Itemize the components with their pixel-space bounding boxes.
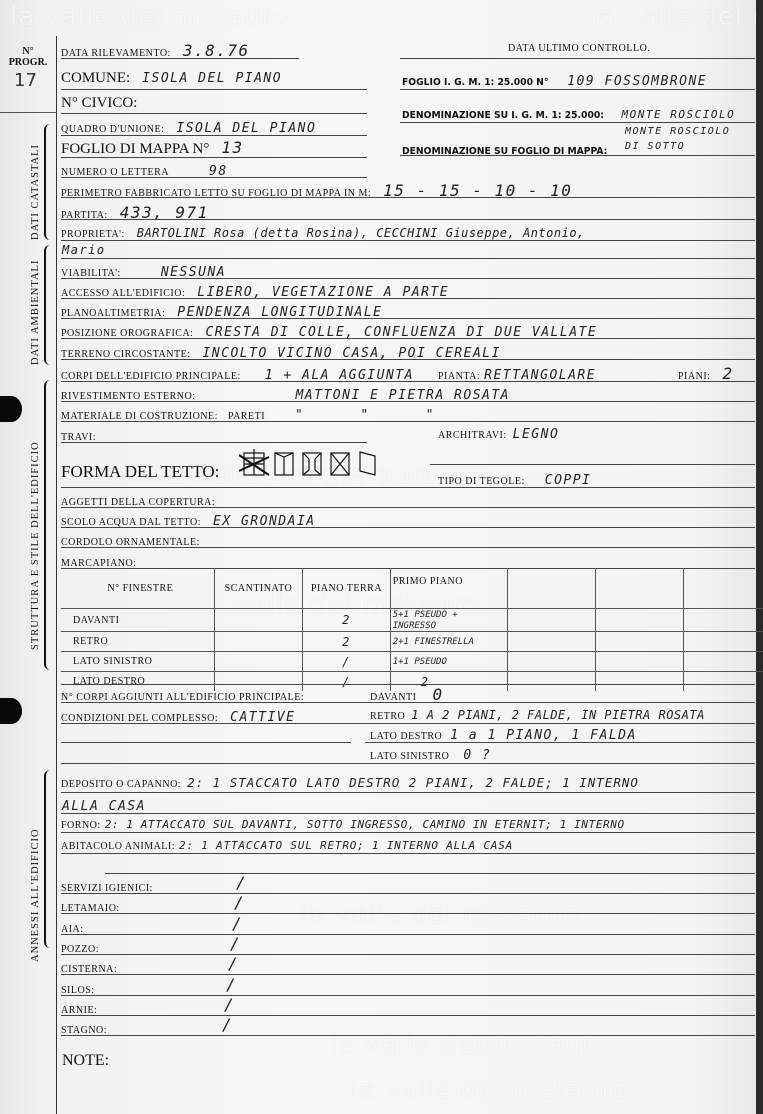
field-value[interactable]: / (234, 893, 245, 912)
roof-shapes-icon (239, 447, 379, 479)
field-value[interactable]: 2: 1 ATTACCATO SUL DAVANTI, SOTTO INGRES… (105, 818, 625, 831)
watermark: la valle del metauro (300, 900, 579, 930)
field-value[interactable]: 1 a 1 PIANO, 1 FALDA (450, 728, 637, 743)
section-label-struttura: STRUTTURA E STILE DELL'EDIFICIO (30, 441, 41, 650)
field-value[interactable]: ALLA CASA (62, 799, 146, 814)
field-value[interactable]: DI SOTTO (625, 141, 685, 152)
field-abitacolo-animali: ABITACOLO ANIMALI:2: 1 ATTACCATO SUL RET… (61, 836, 513, 854)
roof-option[interactable] (331, 453, 349, 475)
field-value[interactable]: / (222, 1015, 233, 1034)
column-header: N° FINESTRE (61, 568, 214, 609)
field-value[interactable]: MONTE ROSCIOLO (622, 108, 736, 121)
note-label: NOTE: (62, 1052, 109, 1070)
field-comune: COMUNE:ISOLA DEL PIANO (61, 69, 282, 87)
field-value[interactable]: 2: 1 ATTACCATO SUL RETRO; 1 INTERNO ALLA… (179, 839, 513, 852)
section-brace (44, 245, 52, 365)
roof-option[interactable] (275, 453, 293, 475)
margin-rule (56, 36, 57, 1114)
survey-form-page: la valle del metauro la valle del metaur… (0, 0, 763, 1114)
field-value[interactable]: / (232, 914, 243, 933)
watermark: la valle del metauro (350, 1075, 629, 1105)
column-header: SCANTINATO (214, 568, 303, 609)
field-value[interactable]: BARTOLINI Rosa (detta Rosina), CECCHINI … (137, 226, 585, 240)
field-value[interactable]: COPPI (545, 473, 592, 488)
roof-shape-options (239, 447, 379, 484)
section-label-annessi: ANNESSI ALL'EDIFICIO (30, 828, 41, 962)
scan-edge (756, 0, 763, 1114)
progressivo-value: 17 (14, 70, 37, 91)
field-value[interactable]: 2: 1 STACCATO LATO DESTRO 2 PIANI, 2 FAL… (187, 775, 639, 790)
field-architravi: ARCHITRAVI:LEGNO (438, 425, 559, 443)
field-value[interactable]: ISOLA DEL PIANO (176, 121, 316, 136)
column-header: PRIMO PIANO (390, 568, 507, 609)
section-label-catastali: DATI CATASTALI (30, 144, 41, 240)
roof-option[interactable] (360, 452, 375, 475)
field-denominazione-igm: DENOMINAZIONE SU I. G. M. 1: 25.000:MONT… (402, 105, 735, 123)
field-civico: N° CIVICO: (61, 94, 137, 112)
section-brace (44, 124, 52, 240)
roof-option[interactable] (303, 453, 321, 475)
table-row: RETRO 2 2+1 FINESTRELLA (61, 632, 763, 652)
field-value[interactable]: / (236, 873, 247, 892)
field-value[interactable]: LEGNO (513, 427, 560, 442)
field-foglio-mappa: FOGLIO DI MAPPA N°13 (61, 138, 244, 156)
field-value[interactable]: / (230, 934, 241, 953)
table-header-row: N° FINESTRE SCANTINATO PIANO TERRA PRIMO… (61, 568, 763, 609)
watermark: la valle del metauro (10, 2, 289, 32)
column-header: PIANO TERRA (303, 568, 390, 609)
column-header (507, 568, 595, 609)
roof-option[interactable] (239, 449, 269, 475)
progressivo-label: N° (3, 46, 53, 57)
column-header (595, 568, 683, 609)
table-row: LATO SINISTRO / 1+1 PSEUDO (61, 652, 763, 672)
field-forma-tetto: FORMA DEL TETTO: (61, 462, 219, 486)
field-foglio-igm: FOGLIO I. G. M. 1: 25.000 N°109 FOSSOMBR… (402, 72, 707, 90)
windows-table: N° FINESTRE SCANTINATO PIANO TERRA PRIMO… (61, 568, 763, 691)
field-corpi-lato-sinistro: LATO SINISTRO0 ? (370, 746, 491, 764)
column-header (683, 568, 763, 609)
section-label-ambientali: DATI AMBIENTALI (30, 260, 41, 365)
binder-hole (0, 698, 22, 724)
progressivo-box: N° PROGR. 17 (0, 36, 57, 113)
field-value[interactable]: Mario (62, 243, 106, 257)
field-denominazione-foglio: DENOMINAZIONE SU FOGLIO DI MAPPA: (402, 141, 625, 159)
field-value[interactable]: / (226, 975, 237, 994)
table-row: DAVANTI 2 5+1 PSEUDO + INGRESSO (61, 609, 763, 632)
section-brace (44, 770, 52, 948)
field-deposito: DEPOSITO o CAPANNO:2: 1 STACCATO LATO DE… (61, 774, 639, 792)
field-value[interactable]: 0 ? (463, 748, 491, 763)
field-value[interactable]: ISOLA DEL PIANO (142, 71, 282, 86)
field-forno: FORNO:2: 1 ATTACCATO SUL DAVANTI, SOTTO … (61, 815, 625, 833)
binder-hole (0, 396, 22, 422)
watermark: la valle del metauro (590, 2, 763, 32)
field-value[interactable]: / (228, 954, 239, 973)
field-value[interactable]: / (224, 995, 235, 1014)
field-corpi-retro: RETRO1 A 2 PIANI, 2 FALDE, IN PIETRA ROS… (370, 706, 705, 724)
field-data-rilevamento: DATA RILEVAMENTO:3.8.76 (61, 41, 250, 59)
field-value[interactable]: 109 FOSSOMBRONE (567, 74, 707, 89)
field-value[interactable]: MONTE ROSCIOLO (625, 126, 730, 137)
field-data-ultimo-controllo: DATA ULTIMO CONTROLLO. (508, 43, 650, 54)
progressivo-label: PROGR. (3, 57, 53, 68)
field-value[interactable]: 1 A 2 PIANI, 2 FALDE, IN PIETRA ROSATA (411, 708, 705, 722)
field-value[interactable]: 13 (221, 138, 243, 157)
section-brace (44, 380, 52, 670)
